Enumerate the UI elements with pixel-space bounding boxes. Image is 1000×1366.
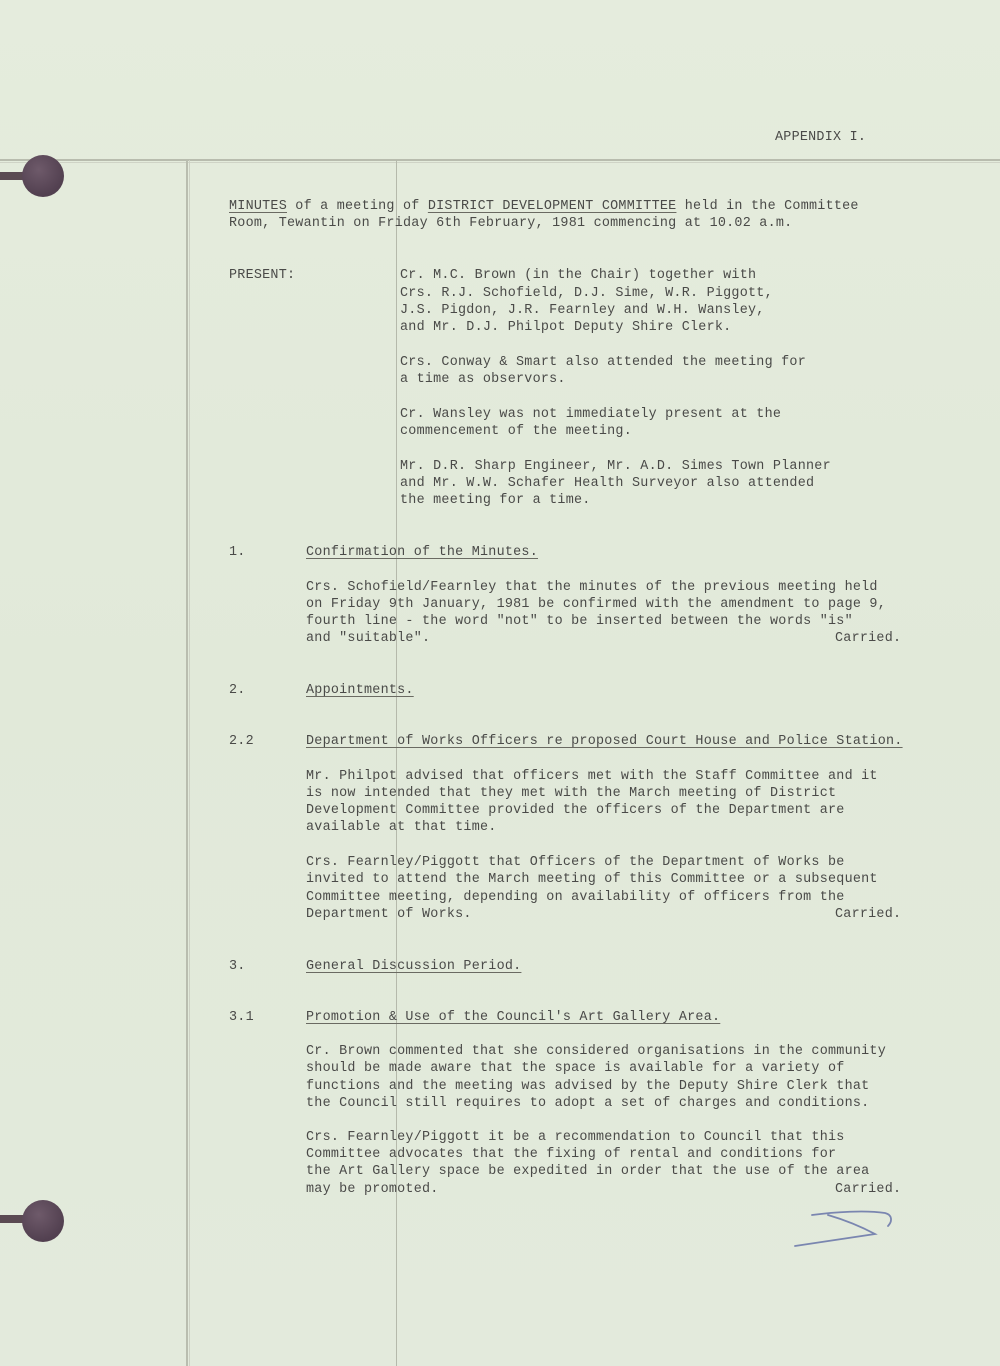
body-line: Cr. Brown commented that she considered …: [306, 1043, 886, 1060]
present-line: Crs. Conway & Smart also attended the me…: [400, 354, 806, 371]
body-line: Crs. Schofield/Fearnley that the minutes…: [306, 579, 878, 596]
body-line: functions and the meeting was advised by…: [306, 1078, 869, 1095]
present-label: PRESENT:: [229, 267, 295, 284]
item-number: 2.: [229, 682, 246, 699]
item-number: 3.: [229, 958, 246, 975]
margin-rule-top: [0, 159, 1000, 161]
body-line: Crs. Fearnley/Piggott it be a recommenda…: [306, 1129, 845, 1146]
present-line: a time as observors.: [400, 371, 566, 388]
body-line: Crs. Fearnley/Piggott that Officers of t…: [306, 854, 845, 871]
body-line: available at that time.: [306, 819, 497, 836]
body-line: Committee advocates that the fixing of r…: [306, 1146, 836, 1163]
item-title: Promotion & Use of the Council's Art Gal…: [306, 1009, 720, 1026]
body-line: the Art Gallery space be expedited in or…: [306, 1163, 869, 1180]
committee-name: DISTRICT DEVELOPMENT COMMITTEE: [428, 199, 677, 214]
carried-label: Carried.: [835, 630, 901, 647]
heading-text-b: held in the Committee: [676, 199, 858, 214]
heading-text-a: of a meeting of: [287, 199, 428, 214]
present-line: the meeting for a time.: [400, 492, 591, 509]
punch-hole-bottom-icon: [22, 1200, 64, 1242]
body-line: Department of Works.: [306, 906, 472, 923]
margin-rule-left: [186, 160, 188, 1366]
present-line: Cr. Wansley was not immediately present …: [400, 406, 781, 423]
body-line: on Friday 9th January, 1981 be confirmed…: [306, 596, 886, 613]
present-line: J.S. Pigdon, J.R. Fearnley and W.H. Wans…: [400, 302, 765, 319]
present-line: Mr. D.R. Sharp Engineer, Mr. A.D. Simes …: [400, 458, 831, 475]
margin-rule-left-faint: [189, 160, 190, 1366]
present-line: Cr. M.C. Brown (in the Chair) together w…: [400, 267, 756, 284]
appendix-label: APPENDIX I.: [775, 129, 866, 146]
body-line: invited to attend the March meeting of t…: [306, 871, 878, 888]
item-title: Confirmation of the Minutes.: [306, 544, 538, 561]
present-line: and Mr. D.J. Philpot Deputy Shire Clerk.: [400, 319, 731, 336]
body-line: should be made aware that the space is a…: [306, 1060, 845, 1077]
body-line: the Council still requires to adopt a se…: [306, 1095, 869, 1112]
body-line: Committee meeting, depending on availabi…: [306, 889, 845, 906]
margin-rule-top-faint: [0, 162, 1000, 163]
body-line: fourth line - the word "not" to be inser…: [306, 613, 853, 630]
item-number: 1.: [229, 544, 246, 561]
present-line: and Mr. W.W. Schafer Health Surveyor als…: [400, 475, 814, 492]
initials-signature-icon: [790, 1200, 900, 1255]
item-title: Department of Works Officers re proposed…: [306, 733, 903, 750]
item-title: General Discussion Period.: [306, 958, 521, 975]
minutes-heading-line1: MINUTES of a meeting of DISTRICT DEVELOP…: [229, 198, 859, 215]
body-line: Mr. Philpot advised that officers met wi…: [306, 768, 878, 785]
present-line: commencement of the meeting.: [400, 423, 632, 440]
body-line: Development Committee provided the offic…: [306, 802, 845, 819]
item-number: 2.2: [229, 733, 254, 750]
present-line: Crs. R.J. Schofield, D.J. Sime, W.R. Pig…: [400, 285, 773, 302]
punch-hole-top-icon: [22, 155, 64, 197]
minutes-word: MINUTES: [229, 199, 287, 214]
item-number: 3.1: [229, 1009, 254, 1026]
body-line: and "suitable".: [306, 630, 430, 647]
minutes-heading-line2: Room, Tewantin on Friday 6th February, 1…: [229, 215, 792, 232]
carried-label: Carried.: [835, 1181, 901, 1198]
carried-label: Carried.: [835, 906, 901, 923]
item-title: Appointments.: [306, 682, 414, 699]
body-line: is now intended that they met with the M…: [306, 785, 836, 802]
body-line: may be promoted.: [306, 1181, 439, 1198]
